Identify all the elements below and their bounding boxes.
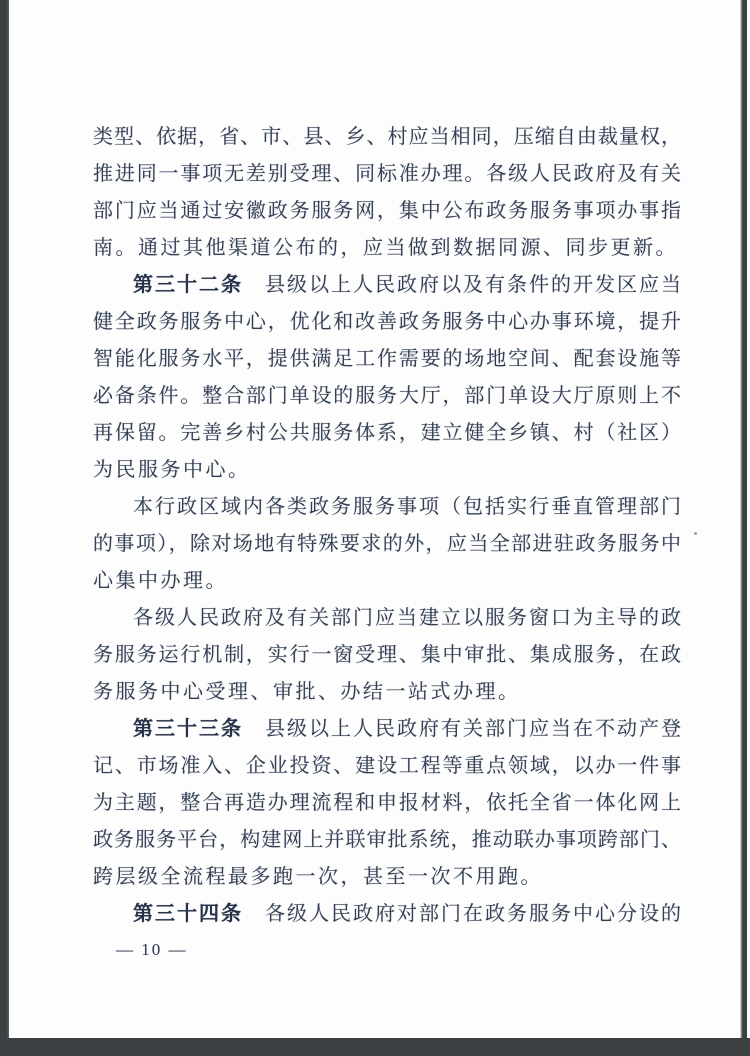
text-line: 为民服务中心。 [93, 452, 681, 489]
text-line: 南。通过其他渠道公布的，应当做到数据同源、同步更新。 [93, 230, 681, 267]
text-line: 记、市场准入、企业投资、建设工程等重点领域，以办一件事 [93, 748, 681, 785]
scan-speck [694, 532, 697, 535]
text-block: 类型、依据，省、市、县、乡、村应当相同，压缩自由裁量权，推进同一事项无差别受理、… [93, 119, 681, 933]
text-line: 各级人民政府及有关部门应当建立以服务窗口为主导的政 [93, 600, 681, 637]
text-line: 为主题，整合再造办理流程和申报材料，依托全省一体化网上 [93, 785, 681, 822]
text-line: 心集中办理。 [93, 563, 681, 600]
text-line: 智能化服务水平，提供满足工作需要的场地空间、配套设施等 [93, 341, 681, 378]
text-line: 跨层级全流程最多跑一次，甚至一次不用跑。 [93, 859, 681, 896]
scan-artifact-left-edge [0, 0, 9, 1056]
article-heading: 第三十二条 [133, 274, 243, 296]
text-line: 政务服务平台，构建网上并联审批系统，推动联办事项跨部门、 [93, 822, 681, 859]
scanned-document-page: 类型、依据，省、市、县、乡、村应当相同，压缩自由裁量权，推进同一事项无差别受理、… [0, 0, 750, 1056]
article-heading: 第三十四条 [133, 903, 243, 925]
text-line: 第三十二条 县级以上人民政府以及有条件的开发区应当 [93, 267, 681, 304]
text-line: 务服务中心受理、审批、办结一站式办理。 [93, 674, 681, 711]
scan-artifact-bottom-edge [0, 1038, 750, 1056]
article-heading: 第三十三条 [133, 718, 243, 740]
text-line: 务服务运行机制，实行一窗受理、集中审批、集成服务，在政 [93, 637, 681, 674]
text-line: 的事项），除对场地有特殊要求的外，应当全部进驻政务服务中 [93, 526, 681, 563]
text-line: 第三十三条 县级以上人民政府有关部门应当在不动产登 [93, 711, 681, 748]
text-line: 部门应当通过安徽政务服务网，集中公布政务服务事项办事指 [93, 193, 681, 230]
text-line: 健全政务服务中心，优化和改善政务服务中心办事环境，提升 [93, 304, 681, 341]
text-line: 再保留。完善乡村公共服务体系，建立健全乡镇、村（社区） [93, 415, 681, 452]
text-line: 第三十四条 各级人民政府对部门在政务服务中心分设的 [93, 896, 681, 933]
scan-artifact-right-edge [740, 0, 747, 1056]
text-line: 类型、依据，省、市、县、乡、村应当相同，压缩自由裁量权， [93, 119, 681, 156]
text-line: 必备条件。整合部门单设的服务大厅，部门单设大厅原则上不 [93, 378, 681, 415]
text-line: 本行政区域内各类政务服务事项（包括实行垂直管理部门 [93, 489, 681, 526]
text-line: 推进同一事项无差别受理、同标准办理。各级人民政府及有关 [93, 156, 681, 193]
page-number: — 10 — [116, 940, 188, 960]
